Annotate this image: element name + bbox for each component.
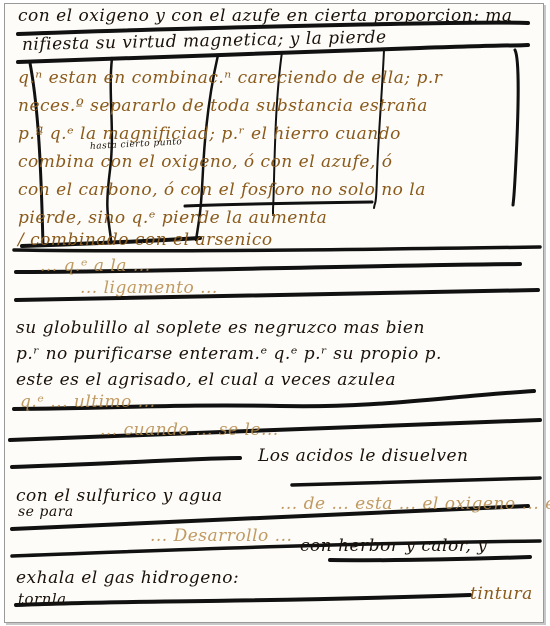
manuscript-line-9: / combinado con el arsenico: [18, 230, 273, 250]
manuscript-line-8: pierde, sino q.ᵉ pierde la aumenta: [18, 208, 327, 228]
struck-text-5: ... de ... esta ... el oxigeno ... el: [280, 494, 550, 514]
manuscript-line-19: tintura: [470, 584, 533, 604]
manuscript-line-18: tornla.: [18, 590, 72, 608]
manuscript-line-13: Los acidos le disuelven: [258, 446, 469, 466]
manuscript-line-7: con el carbono, ó con el fosforo no solo…: [18, 180, 426, 200]
struck-text-3: q.ᵉ ... ultimo ...: [20, 392, 156, 412]
struck-text-4: ... cuando ... se le...: [100, 420, 279, 440]
manuscript-line-12: este es el agrisado, el cual a veces azu…: [16, 370, 396, 390]
manuscript-line-16: con herbor y calor, y: [300, 536, 487, 556]
manuscript-line-3: q.ⁿ estan en combinac.ⁿ careciendo de el…: [18, 68, 442, 88]
manuscript-line-4: neces.º separarlo de toda substancia est…: [18, 96, 428, 116]
manuscript-line-17: exhala el gas hidrogeno:: [16, 568, 239, 588]
manuscript-line-5: p.ª q.ᵉ la magnificiad; p.ʳ el hierro cu…: [18, 124, 401, 144]
manuscript-line-11: p.ʳ no purificarse enteram.ᵉ q.ᵉ p.ʳ su …: [16, 344, 442, 364]
manuscript-line-6: combina con el oxigeno, ó con el azufe, …: [18, 152, 392, 172]
struck-text-1: ... q.ᵉ a la ...: [40, 256, 151, 276]
struck-text-2: ... ligamento ...: [80, 278, 218, 298]
struck-text-6: ... Desarrollo ...: [150, 526, 292, 546]
manuscript-line-1: con el oxigeno y con el azufe en cierta …: [18, 6, 513, 26]
manuscript-line-10: su globulillo al soplete es negruzco mas…: [16, 318, 425, 338]
manuscript-line-15: se para: [18, 504, 74, 520]
manuscript-line-14: con el sulfurico y agua: [16, 486, 223, 506]
